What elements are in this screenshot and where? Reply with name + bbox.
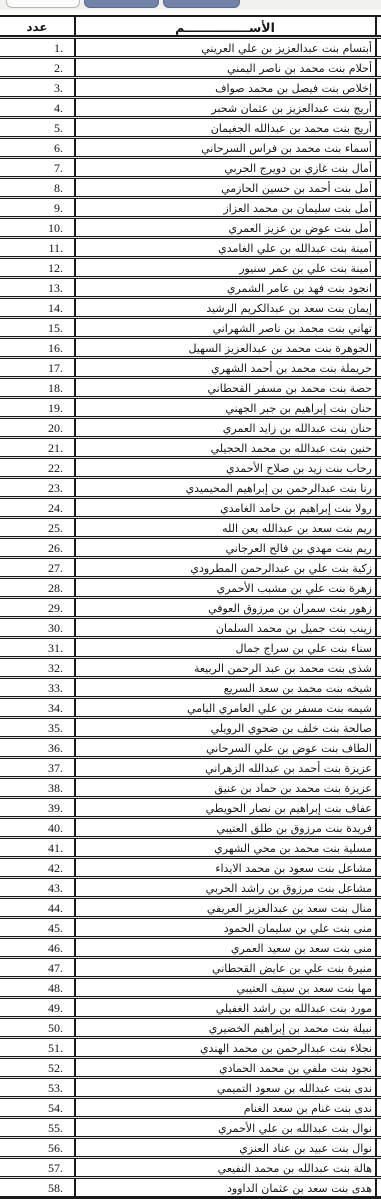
table-row: 33.شيخه بنت محمد بن سعد السريع <box>0 678 381 697</box>
row-number: 58. <box>0 1179 76 1196</box>
row-number: 36. <box>0 739 76 756</box>
row-name: مها بنت سعد بن سيف العتيبي <box>76 979 377 996</box>
right-edge-sliver <box>377 279 381 296</box>
row-name: نوال بنت عبيد بن عناد العنزي <box>76 1139 377 1156</box>
row-number: 28. <box>0 579 76 596</box>
row-name: فريدة بنت مرزوق بن طلق العتيبي <box>76 819 377 836</box>
right-edge-sliver <box>377 959 381 976</box>
right-edge-sliver <box>377 399 381 416</box>
table-row: 57.هالة بنت عبدالله بن محمد النفيعي <box>0 1158 381 1177</box>
table-row: 52.نجود بنت ملفي بن محمد الحمادي <box>0 1058 381 1077</box>
header-name-column: الأســـــــــــــــم <box>76 17 377 35</box>
table-row: 31.سناء بنت علي بن سراج جمال <box>0 638 381 657</box>
table-row: 16.الجوهرة بنت محمد بن عبدالعزيز السهيل <box>0 338 381 357</box>
right-edge-sliver <box>377 99 381 116</box>
row-name: زكية بنت علي بن عبدالرحمن المطرودي <box>76 559 377 576</box>
row-name: ندى بنت عبدالله بن سعود التميمي <box>76 1079 377 1096</box>
table-row: 8.أمل بنت أحمد بن حسين الحازمي <box>0 178 381 197</box>
row-number: 31. <box>0 639 76 656</box>
table-row: 3.إخلاص بنت فيصل بن محمد صواف <box>0 78 381 97</box>
table-row: 7.أمال بنت غازي بن دويرج الحربي <box>0 158 381 177</box>
table-row: 20.حنان بنت عبدالله بن زايد العمري <box>0 418 381 437</box>
table-row: 50.نبيلة بنت محمد بن إبراهيم الخضيري <box>0 1018 381 1037</box>
table-row: 30.زينب بنت جميل بن محمد السلمان <box>0 618 381 637</box>
row-number: 57. <box>0 1159 76 1176</box>
row-number: 41. <box>0 839 76 856</box>
right-edge-sliver <box>377 1119 381 1136</box>
right-edge-sliver <box>377 1039 381 1056</box>
table-row: 35.صالحة بنت خلف بن ضحوي الرويلي <box>0 718 381 737</box>
row-name: منيرة بنت علي بن عايض القحطاني <box>76 959 377 976</box>
row-name: ريم بنت مهدي بن فالح العرجاني <box>76 539 377 556</box>
right-edge-sliver <box>377 659 381 676</box>
right-edge-sliver <box>377 17 381 35</box>
row-number: 47. <box>0 959 76 976</box>
row-number: 2. <box>0 59 76 76</box>
row-name: زهرة بنت علي بن مشبب الأحمري <box>76 579 377 596</box>
table-row: 13.انجود بنت فهد بن عامر الشمري <box>0 278 381 297</box>
right-edge-sliver <box>377 439 381 456</box>
right-edge-sliver <box>377 199 381 216</box>
row-name: أمل بنت أحمد بن حسين الحازمي <box>76 179 377 196</box>
table-row: 17.حريملة بنت محمد بن أحمد الشهري <box>0 358 381 377</box>
table-row: 47.منيرة بنت علي بن عايض القحطاني <box>0 958 381 977</box>
table-row: 28.زهرة بنت علي بن مشبب الأحمري <box>0 578 381 597</box>
right-edge-sliver <box>377 779 381 796</box>
row-number: 49. <box>0 999 76 1016</box>
row-number: 38. <box>0 779 76 796</box>
row-name: صالحة بنت خلف بن ضحوي الرويلي <box>76 719 377 736</box>
right-edge-sliver <box>377 819 381 836</box>
right-edge-sliver <box>377 159 381 176</box>
row-name: أمينة بنت علي بن عمر سنيور <box>76 259 377 276</box>
row-number: 29. <box>0 599 76 616</box>
table-row: 15.تهاني بنت محمد بن ناصر الشهراني <box>0 318 381 337</box>
row-number: 54. <box>0 1099 76 1116</box>
right-edge-sliver <box>377 1139 381 1156</box>
row-number: 8. <box>0 179 76 196</box>
row-number: 53. <box>0 1079 76 1096</box>
row-name: أبتسام بنت عبدالعزيز بن علي العريني <box>76 39 377 56</box>
row-name: حنان بنت إبراهيم بن جبر الجهني <box>76 399 377 416</box>
row-name: الجوهرة بنت محمد بن عبدالعزيز السهيل <box>76 339 377 356</box>
row-name: هدى بنت سعد بن عثمان الداوود <box>76 1179 377 1196</box>
row-number: 23. <box>0 479 76 496</box>
row-number: 39. <box>0 799 76 816</box>
row-name: مشاعل بنت مرزوق بن راشد الحربي <box>76 879 377 896</box>
row-number: 45. <box>0 919 76 936</box>
table-row: 54.ندى بنت غنام بن سعد الغنام <box>0 1098 381 1117</box>
right-edge-sliver <box>377 1099 381 1116</box>
right-edge-sliver <box>377 999 381 1016</box>
right-edge-sliver <box>377 619 381 636</box>
row-name: منى بنت علي بن سليمان الحمود <box>76 919 377 936</box>
table-row: 2.أحلام بنت محمد بن ناصر اليمني <box>0 58 381 77</box>
row-number: 3. <box>0 79 76 96</box>
right-edge-sliver <box>377 79 381 96</box>
row-name: مورد بنت عبدالله بن راشد الغفيلي <box>76 999 377 1016</box>
right-edge-sliver <box>377 1159 381 1176</box>
row-number: 56. <box>0 1139 76 1156</box>
table-row: 55.نوال بنت عبدالله بن علي الأحمري <box>0 1118 381 1137</box>
table-row: 25.ريم بنت سعد بن عبدالله يعن الله <box>0 518 381 537</box>
row-name: ندى بنت غنام بن سعد الغنام <box>76 1099 377 1116</box>
table-row: 43.مشاعل بنت مرزوق بن راشد الحربي <box>0 878 381 897</box>
right-edge-sliver <box>377 1019 381 1036</box>
table-row: 21.حنين بنت عبدالله بن محمد الحجيلي <box>0 438 381 457</box>
right-edge-sliver <box>377 319 381 336</box>
right-edge-sliver <box>377 379 381 396</box>
right-edge-sliver <box>377 499 381 516</box>
table-row: 22.رحاب بنت زيد بن صلاح الأحمدي <box>0 458 381 477</box>
row-name: زينب بنت جميل بن محمد السلمان <box>76 619 377 636</box>
row-number: 18. <box>0 379 76 396</box>
row-number: 5. <box>0 119 76 136</box>
row-name: الطاف بنت عوض بن علي السرحاني <box>76 739 377 756</box>
row-number: 27. <box>0 559 76 576</box>
right-edge-sliver <box>377 1179 381 1196</box>
roster-table-body: 1.أبتسام بنت عبدالعزيز بن علي العريني2.أ… <box>0 38 381 1197</box>
row-number: 50. <box>0 1019 76 1036</box>
right-edge-sliver <box>377 259 381 276</box>
table-row: 4.أريج بنت عبدالعزيز بن عثمان شحبر <box>0 98 381 117</box>
table-row: 41.مسلية بنت محمد بن محي الشهري <box>0 838 381 857</box>
row-name: رحاب بنت زيد بن صلاح الأحمدي <box>76 459 377 476</box>
row-number: 21. <box>0 439 76 456</box>
row-number: 32. <box>0 659 76 676</box>
row-name: حنين بنت عبدالله بن محمد الحجيلي <box>76 439 377 456</box>
table-row: 38.عزيزة بنت محمد بن حماد بن عنيق <box>0 778 381 797</box>
inactive-sheet-tab-1[interactable] <box>84 0 159 8</box>
right-edge-sliver <box>377 239 381 256</box>
right-edge-sliver <box>377 1079 381 1096</box>
right-edge-sliver <box>377 639 381 656</box>
table-row: 19.حنان بنت إبراهيم بن جبر الجهني <box>0 398 381 417</box>
row-number: 7. <box>0 159 76 176</box>
right-edge-sliver <box>377 299 381 316</box>
right-edge-sliver <box>377 579 381 596</box>
right-edge-sliver <box>377 759 381 776</box>
right-edge-sliver <box>377 39 381 56</box>
row-name: إخلاص بنت فيصل بن محمد صواف <box>76 79 377 96</box>
table-row: 34.شيمه بنت مسفر بن علي العامري اليامي <box>0 698 381 717</box>
row-number: 9. <box>0 199 76 216</box>
row-name: حريملة بنت محمد بن أحمد الشهري <box>76 359 377 376</box>
row-number: 30. <box>0 619 76 636</box>
table-row: 29.زهور بنت سمران بن مرزوق العوفي <box>0 598 381 617</box>
right-edge-sliver <box>377 479 381 496</box>
row-name: رنا بنت عبدالرحمن بن إبراهيم المحيميدي <box>76 479 377 496</box>
row-number: 14. <box>0 299 76 316</box>
row-number: 16. <box>0 339 76 356</box>
row-number: 34. <box>0 699 76 716</box>
table-row: 12.أمينة بنت علي بن عمر سنيور <box>0 258 381 277</box>
table-row: 45.منى بنت علي بن سليمان الحمود <box>0 918 381 937</box>
table-row: 48.مها بنت سعد بن سيف العتيبي <box>0 978 381 997</box>
row-number: 12. <box>0 259 76 276</box>
row-number: 20. <box>0 419 76 436</box>
row-name: عزيزة بنت أحمد بن عبدالله الزهراني <box>76 759 377 776</box>
row-name: تهاني بنت محمد بن ناصر الشهراني <box>76 319 377 336</box>
table-row: 40.فريدة بنت مرزوق بن طلق العتيبي <box>0 818 381 837</box>
right-edge-sliver <box>377 559 381 576</box>
right-edge-sliver <box>377 879 381 896</box>
table-row: 1.أبتسام بنت عبدالعزيز بن علي العريني <box>0 38 381 57</box>
right-edge-sliver <box>377 419 381 436</box>
right-edge-sliver <box>377 719 381 736</box>
row-number: 48. <box>0 979 76 996</box>
table-row: 14.إيمان بنت سعد بن عبدالكريم الرشيد <box>0 298 381 317</box>
row-number: 24. <box>0 499 76 516</box>
row-name: حصة بنت محمد بن مسفر القحطاني <box>76 379 377 396</box>
row-name: منال بنت سعد بن عبدالعزيز العريفي <box>76 899 377 916</box>
sheet-tab-bar <box>0 0 381 10</box>
table-header-row: عدد الأســـــــــــــــم <box>0 16 381 37</box>
right-edge-sliver <box>377 1059 381 1076</box>
row-number: 1. <box>0 39 76 56</box>
row-name: أريج بنت محمد بن عبدالله الجغيمان <box>76 119 377 136</box>
row-name: مسلية بنت محمد بن محي الشهري <box>76 839 377 856</box>
row-name: أمال بنت غازي بن دويرج الحربي <box>76 159 377 176</box>
page: عدد الأســـــــــــــــم 1.أبتسام بنت عب… <box>0 0 381 1199</box>
right-edge-sliver <box>377 799 381 816</box>
row-number: 55. <box>0 1119 76 1136</box>
row-number: 43. <box>0 879 76 896</box>
row-name: انجود بنت فهد بن عامر الشمري <box>76 279 377 296</box>
table-row: 27.زكية بنت علي بن عبدالرحمن المطرودي <box>0 558 381 577</box>
row-name: شذى بنت محمد بن عبد الرحمن الربيعة <box>76 659 377 676</box>
header-count-column: عدد <box>0 17 76 35</box>
right-edge-sliver <box>377 699 381 716</box>
table-row: 51.نجلاء بنت عبدالرحمن بن محمد الهندي <box>0 1038 381 1057</box>
table-row: 42.مشاعل بنت سعود بن محمد الايداء <box>0 858 381 877</box>
table-row: 36.الطاف بنت عوض بن علي السرحاني <box>0 738 381 757</box>
right-edge-sliver <box>377 839 381 856</box>
row-number: 6. <box>0 139 76 156</box>
row-name: منى بنت سعد بن سعيد العمري <box>76 939 377 956</box>
right-edge-sliver <box>377 359 381 376</box>
right-edge-sliver <box>377 899 381 916</box>
row-number: 19. <box>0 399 76 416</box>
row-number: 46. <box>0 939 76 956</box>
table-row: 49.مورد بنت عبدالله بن راشد الغفيلي <box>0 998 381 1017</box>
table-row: 10.أمل بنت عوض بن عزيز العمري <box>0 218 381 237</box>
right-edge-sliver <box>377 739 381 756</box>
row-number: 35. <box>0 719 76 736</box>
row-name: أحلام بنت محمد بن ناصر اليمني <box>76 59 377 76</box>
row-name: أمينة بنت عبدالله بن علي الغامدي <box>76 239 377 256</box>
right-edge-sliver <box>377 939 381 956</box>
row-name: هالة بنت عبدالله بن محمد النفيعي <box>76 1159 377 1176</box>
row-name: حنان بنت عبدالله بن زايد العمري <box>76 419 377 436</box>
row-name: نجود بنت ملفي بن محمد الحمادي <box>76 1059 377 1076</box>
table-row: 44.منال بنت سعد بن عبدالعزيز العريفي <box>0 898 381 917</box>
row-name: مشاعل بنت سعود بن محمد الايداء <box>76 859 377 876</box>
right-edge-sliver <box>377 459 381 476</box>
row-number: 26. <box>0 539 76 556</box>
table-row: 26.ريم بنت مهدي بن فالح العرجاني <box>0 538 381 557</box>
row-number: 15. <box>0 319 76 336</box>
row-name: إيمان بنت سعد بن عبدالكريم الرشيد <box>76 299 377 316</box>
row-number: 4. <box>0 99 76 116</box>
row-number: 37. <box>0 759 76 776</box>
row-name: نجلاء بنت عبدالرحمن بن محمد الهندي <box>76 1039 377 1056</box>
table-row: 56.نوال بنت عبيد بن عناد العنزي <box>0 1138 381 1157</box>
row-number: 52. <box>0 1059 76 1076</box>
row-name: نبيلة بنت محمد بن إبراهيم الخضيري <box>76 1019 377 1036</box>
right-edge-sliver <box>377 979 381 996</box>
table-row: 23.رنا بنت عبدالرحمن بن إبراهيم المحيميد… <box>0 478 381 497</box>
row-number: 40. <box>0 819 76 836</box>
table-row: 9.أمل بنت سليمان بن محمد العزاز <box>0 198 381 217</box>
inactive-sheet-tab-2[interactable] <box>163 0 240 8</box>
right-edge-sliver <box>377 679 381 696</box>
table-row: 39.عفاف بنت إبراهيم بن نصار الحويطي <box>0 798 381 817</box>
right-edge-sliver <box>377 219 381 236</box>
row-name: رولا بنت إبراهيم بن حامد الغامدي <box>76 499 377 516</box>
row-name: شيخه بنت محمد بن سعد السريع <box>76 679 377 696</box>
table-row: 6.أسماء بنت محمد بن فراس السرحاني <box>0 138 381 157</box>
right-edge-sliver <box>377 119 381 136</box>
right-edge-sliver <box>377 599 381 616</box>
right-edge-sliver <box>377 139 381 156</box>
row-number: 44. <box>0 899 76 916</box>
table-row: 37.عزيزة بنت أحمد بن عبدالله الزهراني <box>0 758 381 777</box>
table-row: 58.هدى بنت سعد بن عثمان الداوود <box>0 1178 381 1197</box>
right-edge-sliver <box>377 919 381 936</box>
row-number: 42. <box>0 859 76 876</box>
table-row: 53.ندى بنت عبدالله بن سعود التميمي <box>0 1078 381 1097</box>
row-name: عفاف بنت إبراهيم بن نصار الحويطي <box>76 799 377 816</box>
table-row: 32.شذى بنت محمد بن عبد الرحمن الربيعة <box>0 658 381 677</box>
right-edge-sliver <box>377 59 381 76</box>
row-name: نوال بنت عبدالله بن علي الأحمري <box>76 1119 377 1136</box>
row-number: 13. <box>0 279 76 296</box>
row-number: 25. <box>0 519 76 536</box>
active-sheet-tab[interactable] <box>6 0 80 8</box>
row-name: زهور بنت سمران بن مرزوق العوفي <box>76 599 377 616</box>
right-edge-sliver <box>377 519 381 536</box>
row-name: أريج بنت عبدالعزيز بن عثمان شحبر <box>76 99 377 116</box>
names-table: عدد الأســـــــــــــــم 1.أبتسام بنت عب… <box>0 15 381 1199</box>
row-name: سناء بنت علي بن سراج جمال <box>76 639 377 656</box>
table-row: 5.أريج بنت محمد بن عبدالله الجغيمان <box>0 118 381 137</box>
row-name: أمل بنت عوض بن عزيز العمري <box>76 219 377 236</box>
table-row: 11.أمينة بنت عبدالله بن علي الغامدي <box>0 238 381 257</box>
row-name: أسماء بنت محمد بن فراس السرحاني <box>76 139 377 156</box>
row-name: ريم بنت سعد بن عبدالله يعن الله <box>76 519 377 536</box>
right-edge-sliver <box>377 859 381 876</box>
row-number: 51. <box>0 1039 76 1056</box>
table-row: 18.حصة بنت محمد بن مسفر القحطاني <box>0 378 381 397</box>
table-row: 24.رولا بنت إبراهيم بن حامد الغامدي <box>0 498 381 517</box>
right-edge-sliver <box>377 539 381 556</box>
row-number: 22. <box>0 459 76 476</box>
row-number: 10. <box>0 219 76 236</box>
row-number: 33. <box>0 679 76 696</box>
table-row: 46.منى بنت سعد بن سعيد العمري <box>0 938 381 957</box>
row-name: عزيزة بنت محمد بن حماد بن عنيق <box>76 779 377 796</box>
row-name: أمل بنت سليمان بن محمد العزاز <box>76 199 377 216</box>
row-number: 11. <box>0 239 76 256</box>
right-edge-sliver <box>377 179 381 196</box>
row-number: 17. <box>0 359 76 376</box>
row-name: شيمه بنت مسفر بن علي العامري اليامي <box>76 699 377 716</box>
right-edge-sliver <box>377 339 381 356</box>
